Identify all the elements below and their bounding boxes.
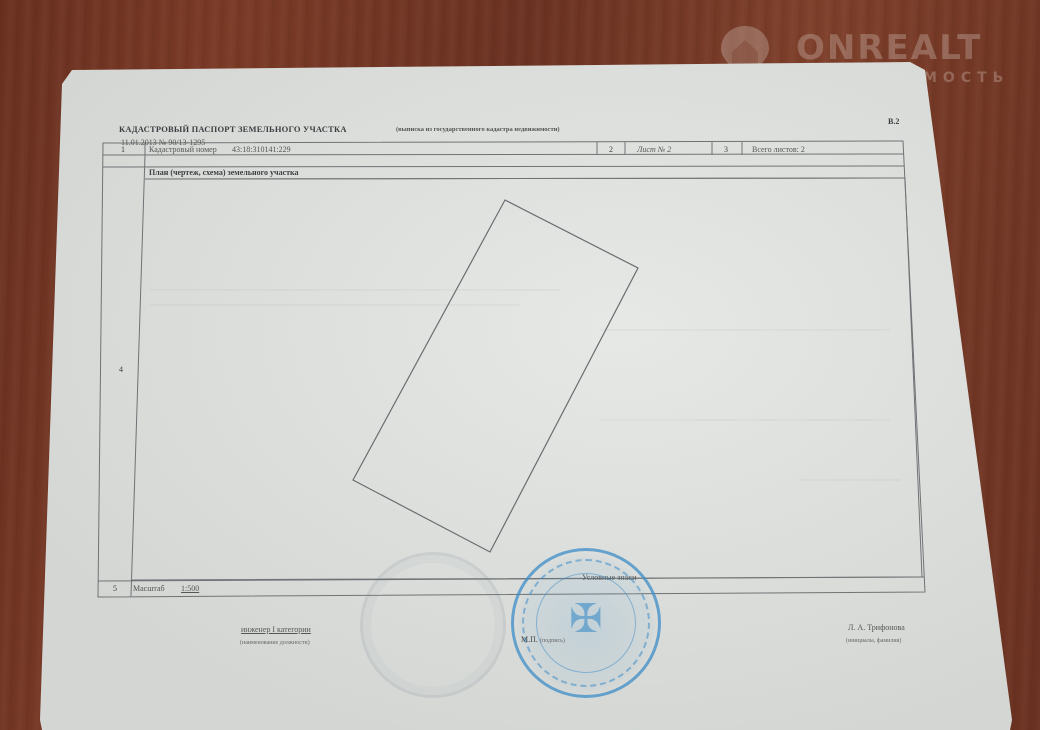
plan-label: План (чертеж, схема) земельного участка (149, 168, 299, 177)
document-title-note: (выписка из государственного кадастра не… (396, 126, 560, 133)
coat-of-arms-icon: ✠ (562, 591, 610, 647)
total-sheets: Всего листов: 2 (752, 145, 805, 154)
position-caption: (наименование должности) (240, 640, 310, 646)
row-1-number: 1 (121, 145, 125, 154)
signer-position: инженер I категории (241, 625, 311, 634)
cadastral-number-label: Кадастровый номер (149, 145, 217, 154)
name-caption: (инициалы, фамилия) (846, 638, 901, 644)
signature-caption: (подпись) (540, 638, 565, 644)
form-code: В.2 (888, 117, 899, 126)
land-parcel-outline (353, 200, 638, 552)
sheet-number: Лист № 2 (637, 145, 671, 154)
row-5-number: 5 (113, 584, 117, 593)
sheet-cell-number: 2 (609, 145, 613, 154)
total-cell-number: 3 (724, 145, 728, 154)
row-4-number: 4 (119, 365, 123, 374)
signer-name: Л. А. Трифонова (848, 623, 905, 632)
scale-label: Масштаб (133, 584, 165, 593)
official-stamp: ✠ (511, 548, 661, 698)
document-title: КАДАСТРОВЫЙ ПАСПОРТ ЗЕМЕЛЬНОГО УЧАСТКА (119, 124, 347, 134)
stamp-place-label: М.П. (521, 635, 538, 644)
scale-value: 1:500 (181, 584, 199, 593)
legend-dash: — (668, 573, 676, 582)
cadastral-number-value: 43:18:310141:229 (232, 145, 291, 154)
table-border (98, 141, 925, 597)
